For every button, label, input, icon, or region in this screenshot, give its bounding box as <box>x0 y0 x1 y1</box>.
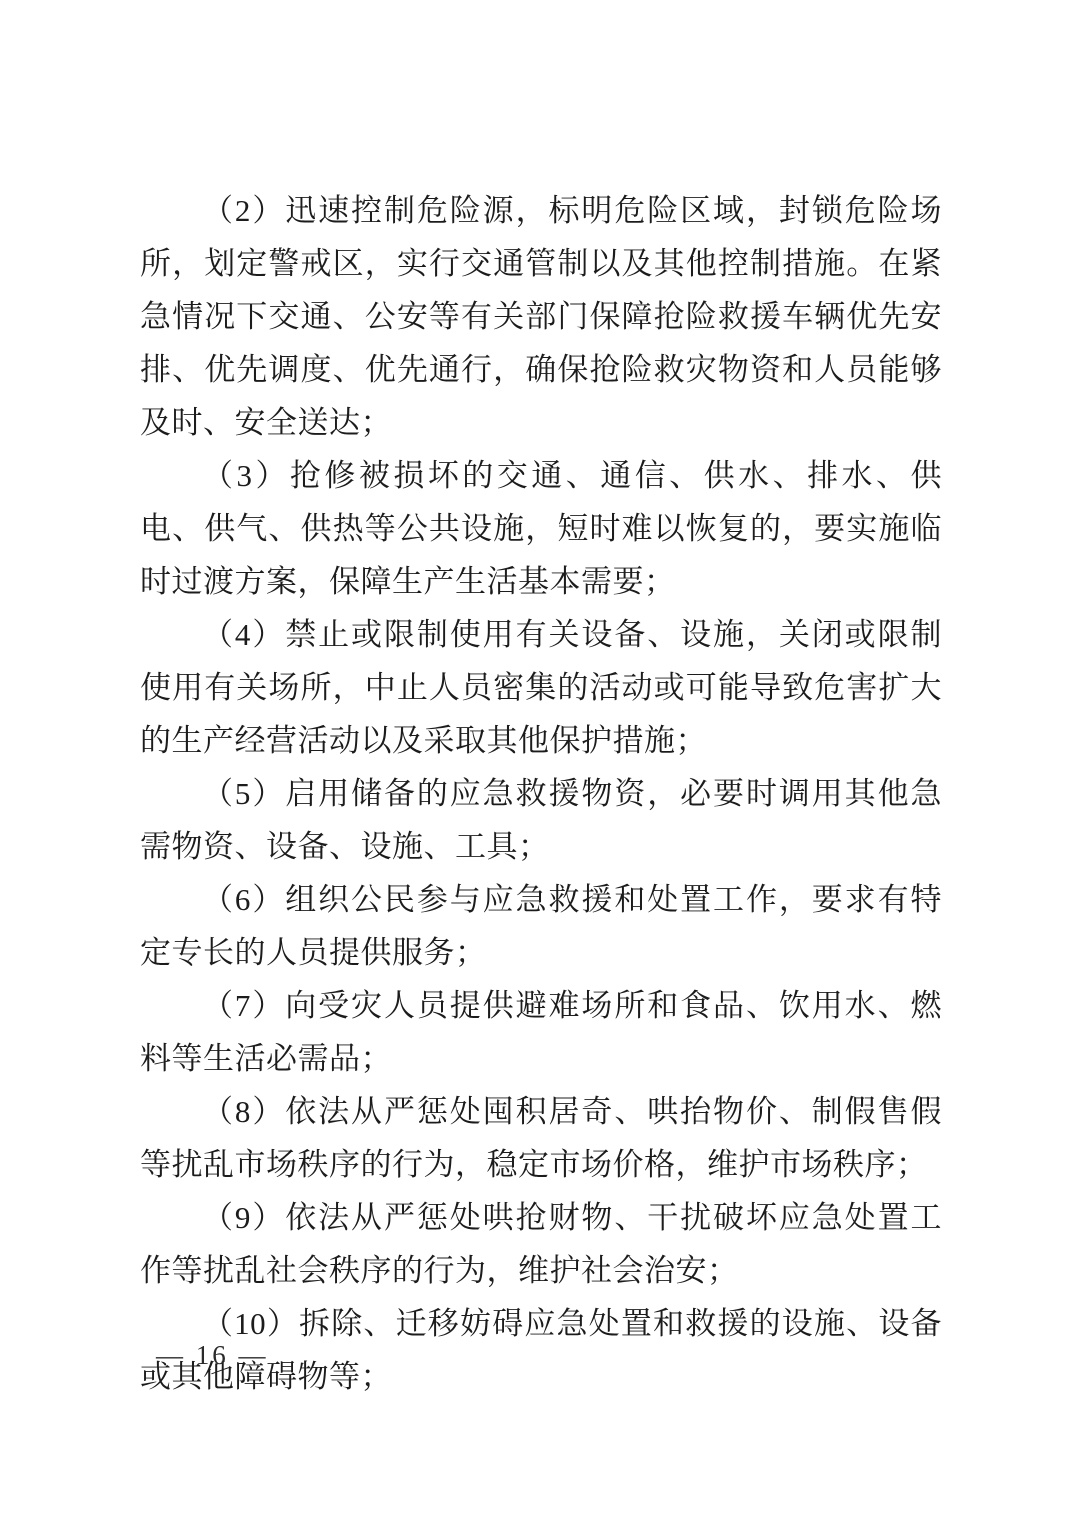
paragraph-item-8: （8）依法从严惩处囤积居奇、哄抬物价、制假售假等扰乱市场秩序的行为，稳定市场价格… <box>140 1085 942 1191</box>
page-number: — 16 — <box>156 1340 269 1371</box>
paragraph-item-2: （2）迅速控制危险源，标明危险区域，封锁危险场所，划定警戒区，实行交通管制以及其… <box>140 184 942 449</box>
paragraph-item-9: （9）依法从严惩处哄抢财物、干扰破坏应急处置工作等扰乱社会秩序的行为，维护社会治… <box>140 1191 942 1297</box>
document-body: （2）迅速控制危险源，标明危险区域，封锁危险场所，划定警戒区，实行交通管制以及其… <box>140 184 942 1403</box>
paragraph-item-6: （6）组织公民参与应急救援和处置工作，要求有特定专长的人员提供服务； <box>140 873 942 979</box>
paragraph-item-7: （7）向受灾人员提供避难场所和食品、饮用水、燃料等生活必需品； <box>140 979 942 1085</box>
paragraph-item-3: （3）抢修被损坏的交通、通信、供水、排水、供电、供气、供热等公共设施，短时难以恢… <box>140 449 942 608</box>
paragraph-item-5: （5）启用储备的应急救援物资，必要时调用其他急需物资、设备、设施、工具； <box>140 767 942 873</box>
paragraph-item-4: （4）禁止或限制使用有关设备、设施，关闭或限制使用有关场所，中止人员密集的活动或… <box>140 608 942 767</box>
document-page: （2）迅速控制危险源，标明危险区域，封锁危险场所，划定警戒区，实行交通管制以及其… <box>0 0 1074 1520</box>
